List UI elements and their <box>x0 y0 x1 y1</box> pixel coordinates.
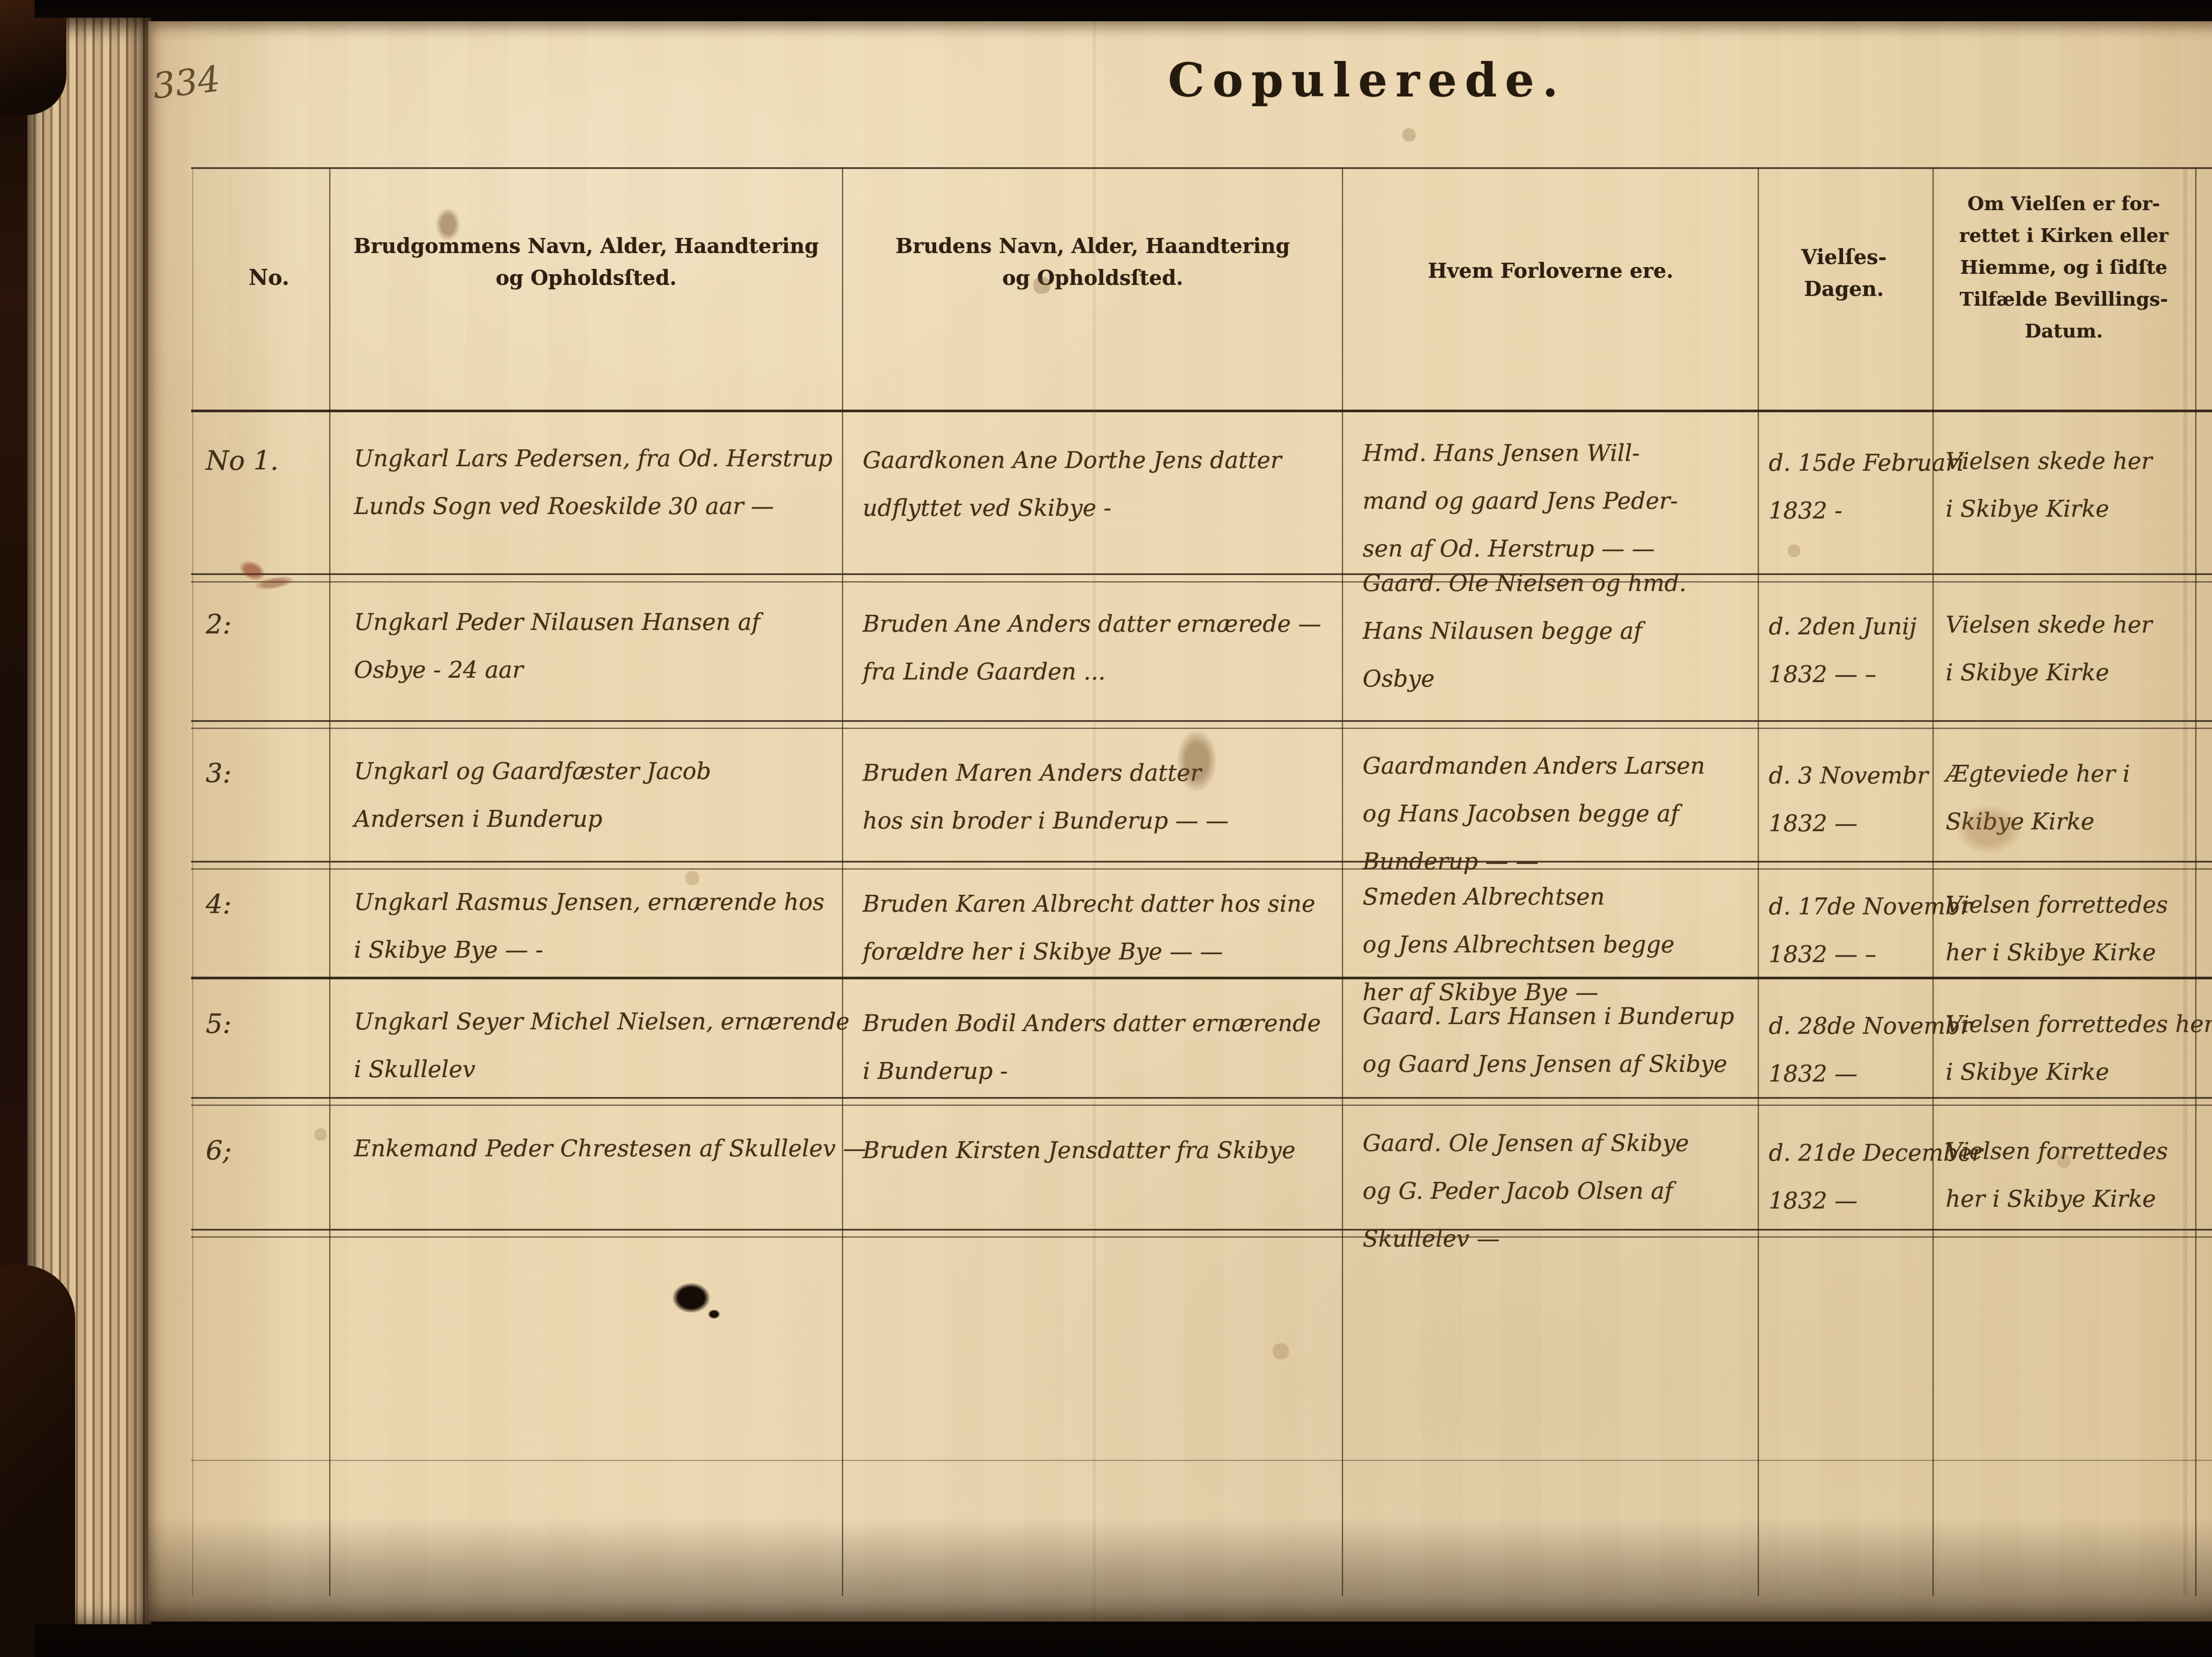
groom-cell-line: Osbye - 24 aar <box>354 647 760 695</box>
witnesses-cell-line: Gaard. Ole Jensen af Skibye <box>1363 1120 1689 1168</box>
row-number-line: 5: <box>206 1001 231 1049</box>
day-cell-line: d. 3 Novembr <box>1769 753 1928 801</box>
witnesses-cell: Gaard. Ole Nielsen og hmd.Hans Nilausen … <box>1363 560 1686 704</box>
church-cell-line: Vielsen forrettedes <box>1946 882 2168 930</box>
row-number-line: 3: <box>206 751 231 798</box>
groom-cell: Ungkarl Peder Nilausen Hansen afOsbye - … <box>354 599 760 695</box>
day-cell: d. 17de Novembr1832 — – <box>1769 884 1971 979</box>
column-divider-bride <box>1342 167 1343 1596</box>
header-church: Om Vielſen er for- rettet i Kirken eller… <box>1959 188 2168 347</box>
groom-cell-line: Lunds Sogn ved Roeskilde 30 aar — <box>354 483 833 531</box>
header-day-line1: Vielſes- <box>1801 241 1886 273</box>
witnesses-cell: Gaardmanden Anders Larsenog Hans Jacobse… <box>1363 743 1705 886</box>
bride-cell: Bruden Kirsten Jensdatter fra Skibye <box>863 1128 1295 1175</box>
foxing-spots <box>0 0 4 4</box>
table-left-line <box>192 167 193 1596</box>
bride-cell-line: Gaardkonen Ane Dorthe Jens datter <box>863 437 1282 485</box>
church-cell-line: Vielsen skede her <box>1946 602 2152 650</box>
bride-cell-line: Bruden Kirsten Jensdatter fra Skibye <box>863 1128 1295 1175</box>
header-church-line4: Tilfælde Bevillings- <box>1959 284 2168 315</box>
page-title: Copulerede. <box>1168 53 1566 107</box>
church-cell-line: i Skibye Kirke <box>1946 486 2152 534</box>
groom-cell-line: Ungkarl Seyer Michel Nielsen, ernærende <box>354 999 849 1047</box>
church-cell-line: Ægteviede her i <box>1946 751 2130 799</box>
day-cell-line: 1832 — <box>1769 1051 1971 1099</box>
header-church-line2: rettet i Kirken eller <box>1959 220 2168 252</box>
witnesses-cell-line: mand og gaard Jens Peder- <box>1363 478 1678 526</box>
row-number: 3: <box>206 751 231 798</box>
header-day: Vielſes- Dagen. <box>1801 241 1886 305</box>
witnesses-cell: Hmd. Hans Jensen Will-mand og gaard Jens… <box>1363 430 1678 574</box>
witnesses-cell-line: Osbye <box>1363 656 1686 704</box>
row-separator <box>191 728 2212 729</box>
header-church-line5: Datum. <box>1959 315 2168 347</box>
groom-cell-line: i Skullelev <box>354 1047 849 1094</box>
groom-cell: Ungkarl Seyer Michel Nielsen, ernærendei… <box>354 999 849 1094</box>
groom-cell-line: Ungkarl Lars Pedersen, fra Od. Herstrup <box>354 436 833 483</box>
bride-cell-line: Bruden Karen Albrecht datter hos sine <box>863 881 1315 929</box>
groom-cell-line: Ungkarl Peder Nilausen Hansen af <box>354 599 760 647</box>
bride-cell: Bruden Karen Albrecht datter hos sinefor… <box>863 881 1315 977</box>
header-bottom-line <box>191 410 2212 412</box>
groom-cell: Ungkarl Rasmus Jensen, ernærende hosi Sk… <box>354 879 825 975</box>
day-cell: d. 2den Junij1832 — – <box>1769 604 1916 699</box>
church-cell: Vielsen skede heri Skibye Kirke <box>1946 438 2152 534</box>
row-separator <box>191 1236 2212 1238</box>
row-number-line: 4: <box>206 882 231 929</box>
witnesses-cell-line: og Jens Albrechtsen begge <box>1363 922 1674 970</box>
church-cell-line: her i Skibye Kirke <box>1946 1176 2168 1224</box>
column-divider-groom <box>842 167 843 1596</box>
bride-cell-line: udflyttet ved Skibye - <box>863 485 1282 533</box>
day-cell: d. 15de Februari1832 - <box>1769 440 1964 536</box>
church-cell: Vielsen forrettedesher i Skibye Kirke <box>1946 1128 2168 1224</box>
church-cell: Vielsen skede heri Skibye Kirke <box>1946 602 2152 698</box>
witnesses-cell-line: og Hans Jacobsen begge af <box>1363 791 1705 839</box>
row-separator <box>191 573 2212 575</box>
page-crease <box>1093 21 1096 1622</box>
book-scan: 334 Copulerede. No. Brudgommens Navn, Al… <box>0 0 2212 1657</box>
row-number-line: 2: <box>206 602 231 649</box>
row-number: 6; <box>206 1128 231 1176</box>
witnesses-cell-line: og Gaard Jens Jensen af Skibye <box>1363 1041 1734 1089</box>
bride-cell: Bruden Maren Anders datterhos sin broder… <box>863 750 1229 846</box>
row-separator <box>191 868 2212 870</box>
row-separator <box>191 861 2212 863</box>
bride-cell-line: forældre her i Skibye Bye — — <box>863 929 1315 977</box>
bride-cell: Bruden Ane Anders datter ernærede —fra L… <box>863 601 1321 697</box>
table-top-line <box>191 167 2212 169</box>
bride-cell-line: Bruden Maren Anders datter <box>863 750 1229 798</box>
row-number: No 1. <box>206 438 279 486</box>
gutter-shadow <box>2146 21 2212 1622</box>
row-separator <box>191 1105 2212 1106</box>
bottom-shadow <box>148 1517 2212 1622</box>
witnesses-cell-line: Hmd. Hans Jensen Will- <box>1363 430 1678 478</box>
witnesses-cell-line: og G. Peder Jacob Olsen af <box>1363 1168 1689 1216</box>
header-groom-line1: Brudgommens Navn, Alder, Haandtering <box>353 230 819 262</box>
day-cell-line: d. 17de Novembr <box>1769 884 1971 932</box>
witnesses-cell-line: Gaard. Ole Nielsen og hmd. <box>1363 560 1686 608</box>
witnesses-cell-line: Gaard. Lars Hansen i Bunderup <box>1363 993 1734 1041</box>
day-cell-line: 1832 — – <box>1769 932 1971 979</box>
church-cell: Vielsen forrettedesher i Skibye Kirke <box>1946 882 2168 978</box>
church-cell-line: Vielsen skede her <box>1946 438 2152 486</box>
day-cell: d. 3 Novembr1832 — <box>1769 753 1928 848</box>
church-cell-line: her i Skibye Kirke <box>1946 930 2168 978</box>
row-separator <box>191 720 2212 722</box>
column-divider-day <box>1932 167 1934 1596</box>
paper-stain <box>1177 730 1217 792</box>
bride-cell: Gaardkonen Ane Dorthe Jens datterudflytt… <box>863 437 1282 533</box>
witnesses-cell-line: Smeden Albrechtsen <box>1363 874 1674 922</box>
witnesses-cell-line: Hans Nilausen begge af <box>1363 608 1686 656</box>
bride-cell-line: i Bunderup - <box>863 1048 1321 1096</box>
bride-cell-line: Bruden Bodil Anders datter ernærende <box>863 1001 1321 1048</box>
bride-cell: Bruden Bodil Anders datter ernærendei Bu… <box>863 1001 1321 1096</box>
ink-speck <box>708 1309 720 1319</box>
empty-row-line <box>191 1460 2212 1461</box>
leather-corner-bottom <box>0 1265 75 1657</box>
church-cell-line: Vielsen forrettedes <box>1946 1128 2168 1176</box>
scan-background-top <box>35 0 2212 18</box>
church-cell-line: i Skibye Kirke <box>1946 650 2152 698</box>
column-divider-no <box>329 167 330 1596</box>
ink-blot <box>672 1283 710 1313</box>
header-church-line3: Hiemme, og i ſidſte <box>1959 252 2168 284</box>
witnesses-cell-line: Gaardmanden Anders Larsen <box>1363 743 1705 791</box>
row-number-line: 6; <box>206 1128 231 1176</box>
row-number: 5: <box>206 1001 231 1049</box>
witnesses-cell-line: Skullelev — <box>1363 1216 1689 1264</box>
day-cell-line: d. 2den Junij <box>1769 604 1916 652</box>
row-separator <box>191 581 2212 583</box>
row-number-line: No 1. <box>206 438 279 486</box>
day-cell-line: d. 15de Februari <box>1769 440 1964 488</box>
header-day-line2: Dagen. <box>1801 273 1886 305</box>
groom-cell: Ungkarl Lars Pedersen, fra Od. HerstrupL… <box>354 436 833 531</box>
groom-cell-line: i Skibye Bye — - <box>354 927 825 975</box>
bride-cell-line: fra Linde Gaarden ... <box>863 649 1321 697</box>
witnesses-cell: Gaard. Lars Hansen i Bunderupog Gaard Je… <box>1363 993 1734 1089</box>
groom-cell-line: Enkemand Peder Chrestesen af Skullelev — <box>354 1126 866 1174</box>
paper-stain <box>436 208 460 241</box>
scan-background-bottom <box>35 1624 2212 1657</box>
day-cell-line: 1832 — – <box>1769 652 1916 699</box>
groom-cell-line: Ungkarl Rasmus Jensen, ernærende hos <box>354 879 825 927</box>
groom-cell-line: Andersen i Bunderup <box>354 796 711 844</box>
bride-cell-line: Bruden Ane Anders datter ernærede — <box>863 601 1321 649</box>
day-cell-line: d. 28de Novembr <box>1769 1003 1971 1051</box>
groom-cell-line: Ungkarl og Gaardfæster Jacob <box>354 748 711 796</box>
header-witnesses: Hvem Forloverne ere. <box>1428 259 1673 283</box>
groom-cell: Ungkarl og Gaardfæster JacobAndersen i B… <box>354 748 711 844</box>
column-divider-witnesses <box>1758 167 1759 1596</box>
groom-cell: Enkemand Peder Chrestesen af Skullelev — <box>354 1126 866 1174</box>
day-cell-line: 1832 — <box>1769 801 1928 848</box>
row-number: 4: <box>206 882 231 929</box>
page-number: 334 <box>150 58 223 107</box>
bride-cell-line: hos sin broder i Bunderup — — <box>863 798 1229 846</box>
header-groom-line2: og Opholdsſted. <box>353 262 819 294</box>
witnesses-cell: Gaard. Ole Jensen af Skibyeog G. Peder J… <box>1363 1120 1689 1264</box>
row-separator <box>191 1229 2212 1231</box>
day-cell-line: 1832 - <box>1769 488 1964 536</box>
paper-stain <box>1955 805 2022 854</box>
header-groom: Brudgommens Navn, Alder, Haandtering og … <box>353 230 819 294</box>
day-cell: d. 28de Novembr1832 — <box>1769 1003 1971 1099</box>
header-church-line1: Om Vielſen er for- <box>1959 188 2168 220</box>
row-number: 2: <box>206 602 231 649</box>
header-no: No. <box>249 265 289 290</box>
